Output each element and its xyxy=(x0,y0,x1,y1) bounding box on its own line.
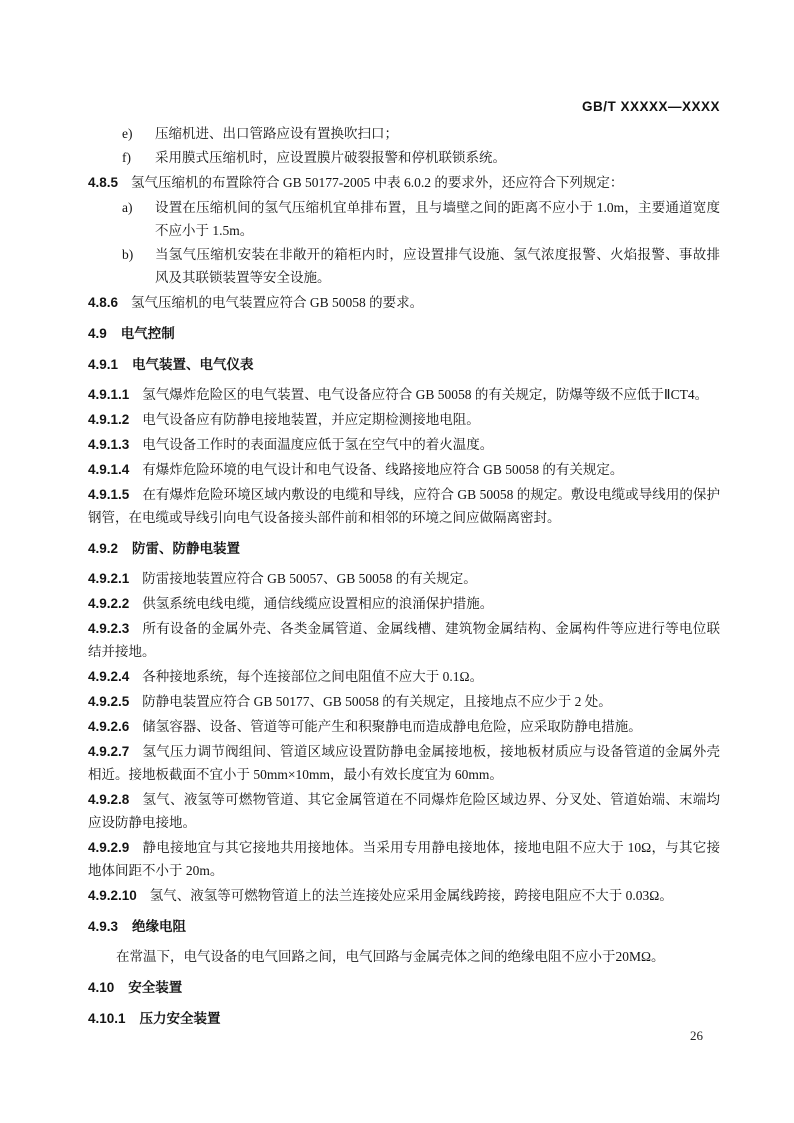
heading-text: 压力安全装置 xyxy=(140,1011,221,1026)
list-item-e: e) 压缩机进、出口管路应设有置换吹扫口； xyxy=(88,122,720,145)
clause-4-9-1-2: 4.9.1.2电气设备应有防静电接地装置，并应定期检测接地电阻。 xyxy=(88,408,720,431)
clause-4-9-2-1: 4.9.2.1防雷接地装置应符合 GB 50057、GB 50058 的有关规定… xyxy=(88,567,720,590)
clause-text: 氢气压力调节阀组间、管道区域应设置防静电金属接地板，接地板材质应与设备管道的金属… xyxy=(88,744,720,782)
section-heading-4-10: 4.10安全装置 xyxy=(88,976,720,999)
clause-text: 电气设备应有防静电接地装置，并应定期检测接地电阻。 xyxy=(142,412,480,427)
clause-text: 所有设备的金属外壳、各类金属管道、金属线槽、建筑物金属结构、金属构件等应进行等电… xyxy=(88,621,720,659)
clause-text: 各种接地系统，每个连接部位之间电阻值不应大于 0.1Ω。 xyxy=(142,669,483,684)
paragraph-4-9-3-body: 在常温下，电气设备的电气回路之间，电气回路与金属壳体之间的绝缘电阻不应小于20M… xyxy=(88,945,720,968)
list-marker: b) xyxy=(122,243,155,289)
clause-number: 4.9.1.1 xyxy=(88,387,129,402)
clause-4-9-2-7: 4.9.2.7氢气压力调节阀组间、管道区域应设置防静电金属接地板，接地板材质应与… xyxy=(88,740,720,786)
clause-number: 4.8.5 xyxy=(88,175,118,190)
clause-4-9-1-3: 4.9.1.3电气设备工作时的表面温度应低于氢在空气中的着火温度。 xyxy=(88,433,720,456)
heading-number: 4.10 xyxy=(88,980,114,995)
list-item-text: 压缩机进、出口管路应设有置换吹扫口； xyxy=(155,122,720,145)
clause-number: 4.9.2.5 xyxy=(88,694,129,709)
clause-text: 防静电装置应符合 GB 50177、GB 50058 的有关规定，且接地点不应少… xyxy=(142,694,612,709)
clause-text: 有爆炸危险环境的电气设计和电气设备、线路接地应符合 GB 50058 的有关规定… xyxy=(142,462,623,477)
list-item-text: 采用膜式压缩机时，应设置膜片破裂报警和停机联锁系统。 xyxy=(155,146,720,169)
list-marker: a) xyxy=(122,196,155,242)
section-heading-4-9-3: 4.9.3绝缘电阻 xyxy=(88,915,720,938)
heading-text: 电气装置、电气仪表 xyxy=(132,357,254,372)
heading-text: 电气控制 xyxy=(121,326,175,341)
clause-text: 氢气爆炸危险区的电气装置、电气设备应符合 GB 50058 的有关规定，防爆等级… xyxy=(142,387,708,402)
clause-number: 4.9.1.4 xyxy=(88,462,129,477)
clause-number: 4.9.2.10 xyxy=(88,888,137,903)
list-marker: e) xyxy=(122,122,155,145)
clause-4-9-2-3: 4.9.2.3所有设备的金属外壳、各类金属管道、金属线槽、建筑物金属结构、金属构… xyxy=(88,617,720,663)
running-header-doc-code: GB/T XXXXX—XXXX xyxy=(582,99,720,114)
clause-text: 防雷接地装置应符合 GB 50057、GB 50058 的有关规定。 xyxy=(142,571,477,586)
clause-text: 氢气、液氢等可燃物管道上的法兰连接处应采用金属线跨接，跨接电阻应不大于 0.03… xyxy=(150,888,673,903)
clause-number: 4.9.2.8 xyxy=(88,792,129,807)
clause-text: 氢气、液氢等可燃物管道、其它金属管道在不同爆炸危险区域边界、分叉处、管道始端、末… xyxy=(88,792,720,830)
clause-4-9-1-1: 4.9.1.1氢气爆炸危险区的电气装置、电气设备应符合 GB 50058 的有关… xyxy=(88,383,720,406)
list-marker: f) xyxy=(122,146,155,169)
clause-4-9-2-6: 4.9.2.6储氢容器、设备、管道等可能产生和积聚静电而造成静电危险，应采取防静… xyxy=(88,715,720,738)
clause-text: 氢气压缩机的布置除符合 GB 50177-2005 中表 6.0.2 的要求外，… xyxy=(131,175,623,190)
clause-4-9-1-5: 4.9.1.5在有爆炸危险环境区域内敷设的电缆和导线，应符合 GB 50058 … xyxy=(88,483,720,529)
list-item-f: f) 采用膜式压缩机时，应设置膜片破裂报警和停机联锁系统。 xyxy=(88,146,720,169)
heading-number: 4.9 xyxy=(88,326,107,341)
clause-number: 4.9.2.4 xyxy=(88,669,129,684)
clause-4-9-2-5: 4.9.2.5防静电装置应符合 GB 50177、GB 50058 的有关规定，… xyxy=(88,690,720,713)
clause-text: 在有爆炸危险环境区域内敷设的电缆和导线，应符合 GB 50058 的规定。敷设电… xyxy=(88,487,720,525)
clause-number: 4.9.1.2 xyxy=(88,412,129,427)
clause-number: 4.9.2.9 xyxy=(88,840,129,855)
clause-number: 4.9.2.3 xyxy=(88,621,129,636)
heading-number: 4.9.3 xyxy=(88,919,118,934)
heading-number: 4.9.1 xyxy=(88,357,118,372)
clause-number: 4.9.1.5 xyxy=(88,487,129,502)
section-heading-4-9: 4.9电气控制 xyxy=(88,322,720,345)
clause-4-8-5: 4.8.5氢气压缩机的布置除符合 GB 50177-2005 中表 6.0.2 … xyxy=(88,171,720,194)
clause-text: 电气设备工作时的表面温度应低于氢在空气中的着火温度。 xyxy=(142,437,493,452)
clause-text: 供氢系统电线电缆，通信线缆应设置相应的浪涌保护措施。 xyxy=(142,596,493,611)
clause-4-9-2-2: 4.9.2.2供氢系统电线电缆，通信线缆应设置相应的浪涌保护措施。 xyxy=(88,592,720,615)
list-item-a: a) 设置在压缩机间的氢气压缩机宜单排布置，且与墙壁之间的距离不应小于 1.0m… xyxy=(88,196,720,242)
heading-number: 4.10.1 xyxy=(88,1011,126,1026)
clause-number: 4.9.2.6 xyxy=(88,719,129,734)
clause-4-9-2-4: 4.9.2.4各种接地系统，每个连接部位之间电阻值不应大于 0.1Ω。 xyxy=(88,665,720,688)
document-page: GB/T XXXXX—XXXX e) 压缩机进、出口管路应设有置换吹扫口； f)… xyxy=(0,0,794,1123)
heading-text: 绝缘电阻 xyxy=(132,919,186,934)
clause-text: 静电接地宜与其它接地共用接地体。当采用专用静电接地体，接地电阻不应大于 10Ω，… xyxy=(88,840,720,878)
clause-4-9-2-9: 4.9.2.9静电接地宜与其它接地共用接地体。当采用专用静电接地体，接地电阻不应… xyxy=(88,836,720,882)
list-item-text: 设置在压缩机间的氢气压缩机宜单排布置，且与墙壁之间的距离不应小于 1.0m，主要… xyxy=(155,196,720,242)
clause-4-9-1-4: 4.9.1.4有爆炸危险环境的电气设计和电气设备、线路接地应符合 GB 5005… xyxy=(88,458,720,481)
clause-4-9-2-10: 4.9.2.10氢气、液氢等可燃物管道上的法兰连接处应采用金属线跨接，跨接电阻应… xyxy=(88,884,720,907)
clause-number: 4.9.2.2 xyxy=(88,596,129,611)
clause-4-9-2-8: 4.9.2.8氢气、液氢等可燃物管道、其它金属管道在不同爆炸危险区域边界、分叉处… xyxy=(88,788,720,834)
heading-number: 4.9.2 xyxy=(88,541,118,556)
clause-text: 储氢容器、设备、管道等可能产生和积聚静电而造成静电危险，应采取防静电措施。 xyxy=(142,719,642,734)
clause-number: 4.8.6 xyxy=(88,295,118,310)
clause-number: 4.9.2.1 xyxy=(88,571,129,586)
list-item-text: 当氢气压缩机安装在非敞开的箱柜内时，应设置排气设施、氢气浓度报警、火焰报警、事故… xyxy=(155,243,720,289)
document-body: e) 压缩机进、出口管路应设有置换吹扫口； f) 采用膜式压缩机时，应设置膜片破… xyxy=(88,121,720,1037)
list-item-b: b) 当氢气压缩机安装在非敞开的箱柜内时，应设置排气设施、氢气浓度报警、火焰报警… xyxy=(88,243,720,289)
heading-text: 防雷、防静电装置 xyxy=(132,541,240,556)
heading-text: 安全装置 xyxy=(128,980,182,995)
section-heading-4-9-1: 4.9.1电气装置、电气仪表 xyxy=(88,353,720,376)
section-heading-4-9-2: 4.9.2防雷、防静电装置 xyxy=(88,537,720,560)
clause-4-8-6: 4.8.6氢气压缩机的电气装置应符合 GB 50058 的要求。 xyxy=(88,291,720,314)
clause-text: 氢气压缩机的电气装置应符合 GB 50058 的要求。 xyxy=(131,295,423,310)
clause-number: 4.9.1.3 xyxy=(88,437,129,452)
page-number: 26 xyxy=(690,1028,703,1044)
section-heading-4-10-1: 4.10.1压力安全装置 xyxy=(88,1007,720,1030)
clause-number: 4.9.2.7 xyxy=(88,744,129,759)
